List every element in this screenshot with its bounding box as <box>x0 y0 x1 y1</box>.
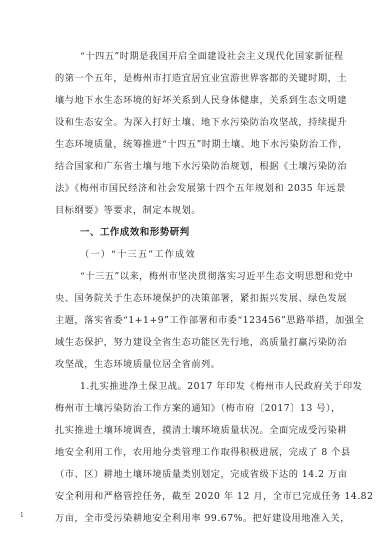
paragraph-line: 主题，落实省委“1+1+9”工作部署和市委“123456”思路举措，加强全 <box>55 315 335 327</box>
paragraph-line: 扎实推进土壤环境调查，摸清土壤环境质量状况。全面完成受污染耕 <box>55 425 335 437</box>
paragraph-line: 域生态保护，努力建设全省生态功能区先行地，高质量打赢污染防治 <box>55 337 335 349</box>
paragraph-line: 1.扎实推进净土保卫战。2017 年印发《梅州市人民政府关于印发 <box>80 381 335 393</box>
paragraph-line: “十四五”时期是我国开启全面建设社会主义现代化国家新征程 <box>80 51 335 63</box>
paragraph-line: （市、区）耕地土壤环境质量类别划定，完成省级下达的 14.2 万亩 <box>55 469 335 481</box>
document-page: “十四五”时期是我国开启全面建设社会主义现代化国家新征程 的第一个五年，是梅州市… <box>0 0 390 551</box>
paragraph-line: 梅州市土壤污染防治工作方案的通知》（梅市府〔2017〕13 号）， <box>55 403 335 415</box>
paragraph-line: 的第一个五年，是梅州市打造宜居宜业宜游世界客都的关键时期，土 <box>55 73 335 85</box>
paragraph-line: 生态环境质量，统筹推进“十四五”时期土壤、地下水污染防治工作， <box>55 139 335 151</box>
paragraph-line: 攻坚战，生态环境质量位居全省前列。 <box>55 359 335 371</box>
paragraph-line: 央、国务院关于生态环境保护的决策部署，紧扣振兴发展、绿色发展 <box>55 293 335 305</box>
paragraph-line: 结合国家和广东省土壤与地下水污染防治规划，根据《土壤污染防治 <box>55 161 335 173</box>
paragraph-line: 壤与地下水生态环境的好坏关系到人民身体健康，关系到生态文明建 <box>55 95 335 107</box>
section-heading: 一、工作成效和形势研判 <box>80 227 335 239</box>
paragraph-line: 地安全利用工作，农用地分类管理工作取得积极进展，完成了 8 个县 <box>55 447 335 459</box>
paragraph-line: 安全利用和严格管控任务，截至 2020 年 12 月，全市已完成任务 14.82 <box>55 491 335 503</box>
paragraph-line: 法》《梅州市国民经济和社会发展第十四个五年规划和 2035 年远景 <box>55 183 335 195</box>
subsection-heading: （一）“十三五”工作成效 <box>80 249 335 261</box>
paragraph-line: 设和生态安全。为深入打好土壤、地下水污染防治攻坚战，持续提升 <box>55 117 335 129</box>
paragraph-line: “十三五”以来，梅州市坚决贯彻落实习近平生态文明思想和党中 <box>80 271 335 283</box>
paragraph-line: 万亩，全市受污染耕地安全利用率 99.67%。把好建设用地准入关， <box>55 513 335 525</box>
page-number: 1 <box>20 512 24 519</box>
paragraph-line: 目标纲要》等要求，制定本规划。 <box>55 205 335 217</box>
